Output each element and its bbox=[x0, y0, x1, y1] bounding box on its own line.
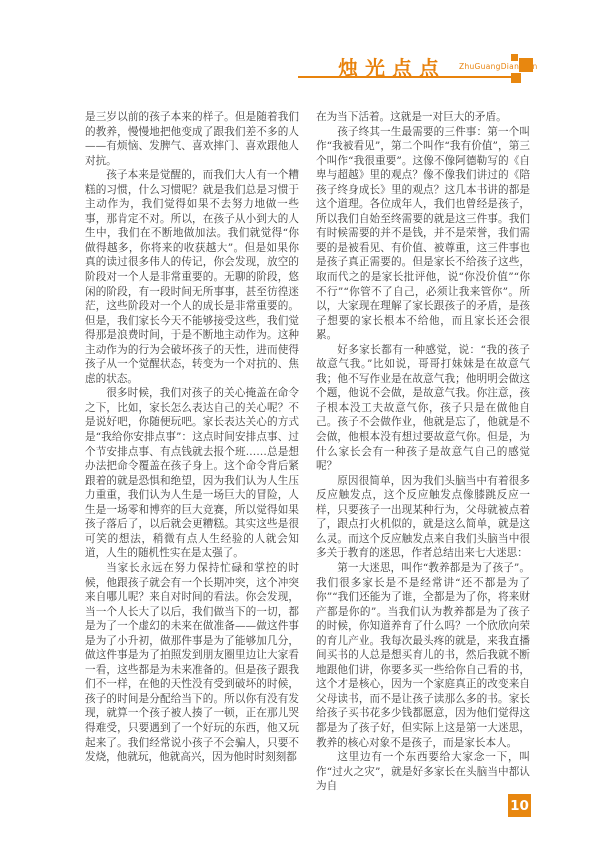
paragraph: 孩子终其一生最需要的三件事：第一个叫作“我被看见”，第二个叫作“我有价值”，第三… bbox=[316, 125, 530, 343]
paragraph: 好多家长都有一种感觉，说：“我的孩子故意气我。”比如说，哥哥打妹妹是在故意气我；… bbox=[316, 343, 530, 474]
article-body: 是三岁以前的孩子本来的样子。但是随着我们的教养，慢慢地把他变成了跟我们差不多的人… bbox=[85, 110, 530, 794]
left-column: 是三岁以前的孩子本来的样子。但是随着我们的教养，慢慢地把他变成了跟我们差不多的人… bbox=[85, 110, 299, 794]
paragraph: 是三岁以前的孩子本来的样子。但是随着我们的教养，慢慢地把他变成了跟我们差不多的人… bbox=[85, 110, 299, 168]
right-column: 在为当下活着。这就是一对巨大的矛盾。 孩子终其一生最需要的三件事：第一个叫作“我… bbox=[316, 110, 530, 794]
page-number-badge: 10 bbox=[508, 794, 531, 817]
paragraph: 第一大迷思，叫作“教养都是为了孩子”。我们很多家长是不是经常讲“还不都是为了你”… bbox=[316, 561, 530, 750]
paragraph: 当家长永远在努力保持忙碌和掌控的时候，他跟孩子就会有一个长期冲突，这个冲突来自哪… bbox=[85, 561, 299, 765]
square-medium-icon bbox=[511, 73, 521, 83]
paragraph: 孩子本来是觉醒的，而我们大人有一个糟糕的习惯，什么习惯呢？就是我们总是习惯于主动… bbox=[85, 168, 299, 386]
paragraph: 这里边有一个东西要给大家念一下，叫作“过火之灾”，就是好多家长在头脑当中都认为自 bbox=[316, 750, 530, 794]
three-squares-icon bbox=[511, 54, 535, 84]
square-small-icon bbox=[511, 54, 518, 61]
book-page: 烛光点点 ZhuGuangDianDian 是三岁以前的孩子本来的样子。但是随着… bbox=[0, 0, 600, 849]
paragraph: 原因很简单，因为我们头脑当中有着很多反应触发点，这个反应触发点像膝跳反应一样，只… bbox=[316, 474, 530, 561]
paragraph: 很多时候，我们对孩子的关心掩盖在命令之下，比如，家长怎么表达自己的关心呢？不是说… bbox=[85, 386, 299, 561]
header-rule bbox=[298, 76, 512, 78]
square-large-icon bbox=[519, 58, 533, 72]
paragraph: 在为当下活着。这就是一对巨大的矛盾。 bbox=[316, 110, 530, 125]
